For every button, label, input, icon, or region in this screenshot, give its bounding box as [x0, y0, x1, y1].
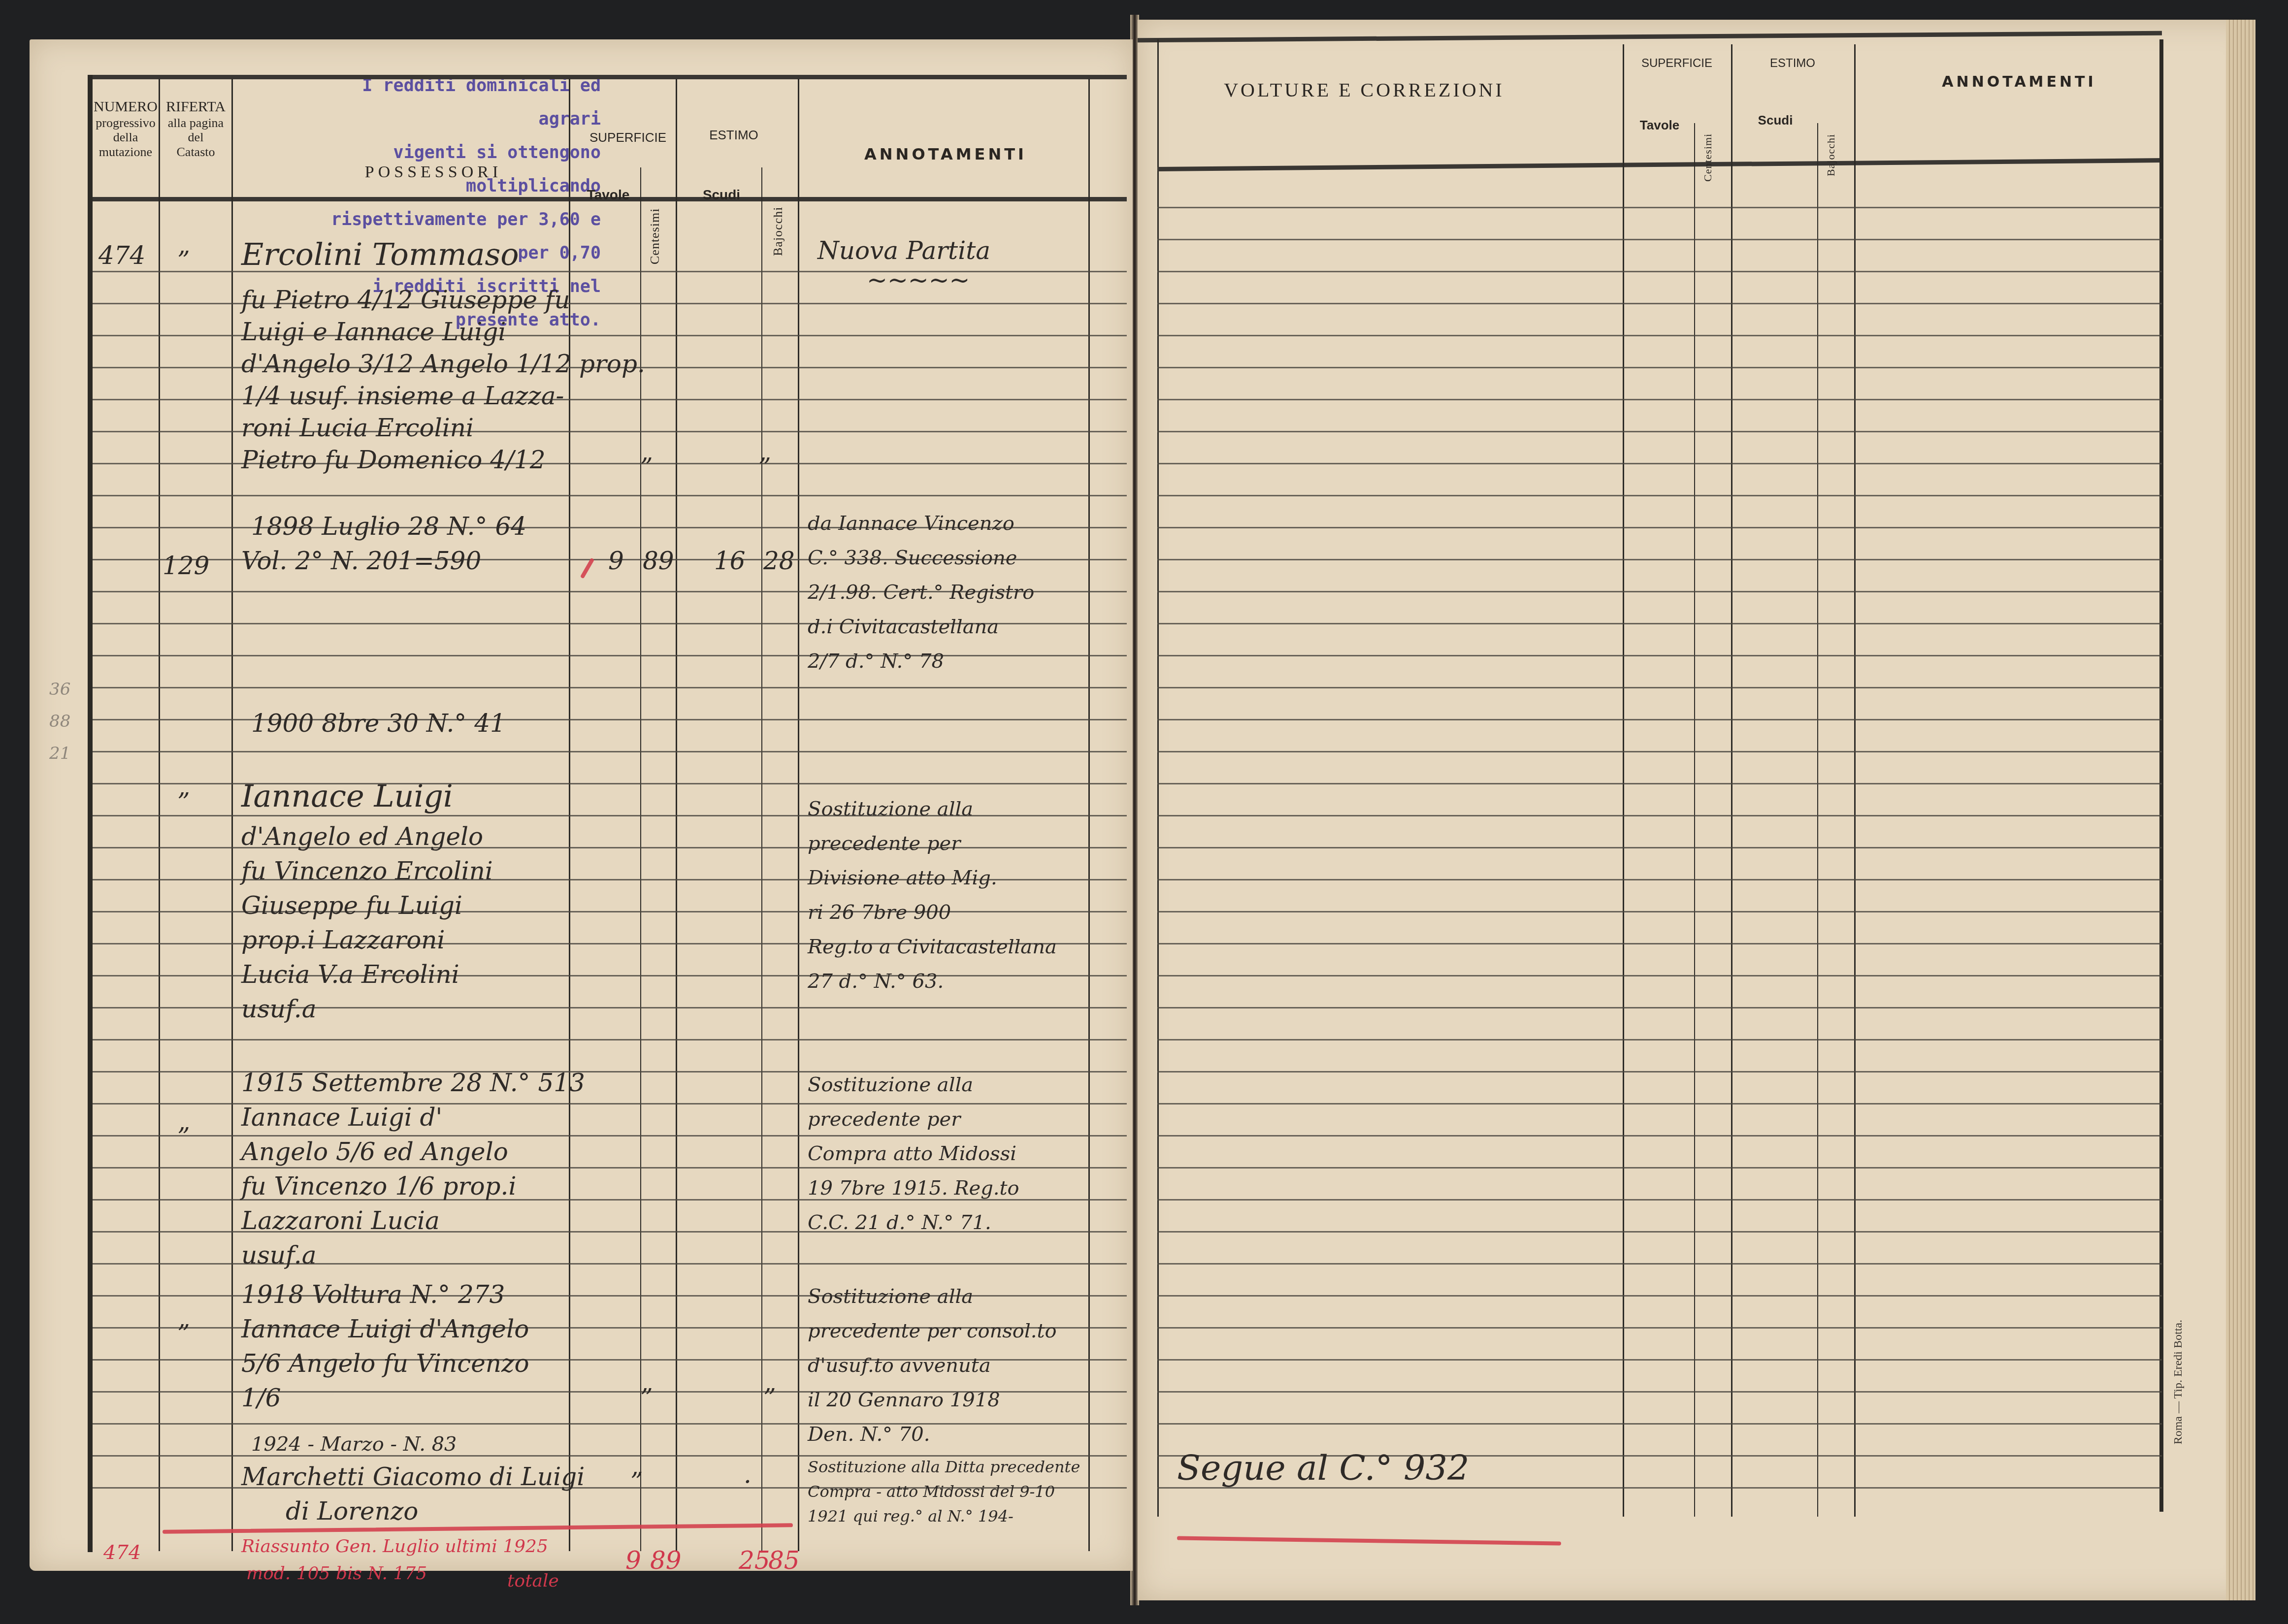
ruled-line	[1157, 1263, 2162, 1265]
entry-annotamento-line: d'usuf.to avvenuta	[808, 1354, 991, 1377]
total-centesimi: 89	[650, 1546, 682, 1575]
entry-possessore-line: d'Angelo ed Angelo	[241, 822, 483, 851]
total-scudi: 25	[739, 1546, 770, 1575]
right-page: VOLTURE E CORREZIONI SUPERFICIE Tavole C…	[1138, 20, 2255, 1600]
entry-annotamento-line: Sostituzione alla	[808, 1073, 973, 1096]
total-tavole: 9	[625, 1546, 641, 1575]
ruled-line	[93, 495, 1127, 496]
header-volture: VOLTURE E CORREZIONI	[1216, 79, 1512, 101]
entry-annotamento-line: 1921 qui reg.° al N.° 194-	[808, 1507, 1013, 1526]
ruled-line	[1157, 879, 2162, 880]
header-top-rule	[88, 75, 1127, 79]
header-centesimi: Centesimi	[648, 182, 662, 291]
ruled-line	[1157, 271, 2162, 272]
ruled-line	[1157, 623, 2162, 624]
entry-tavole: 9	[608, 547, 624, 575]
header-scudi: Scudi	[685, 187, 758, 203]
ruled-line	[1157, 655, 2162, 656]
right-border	[2159, 39, 2163, 1512]
header-bajocchi: Bajocchi	[771, 182, 785, 281]
ruled-line	[93, 1423, 1127, 1425]
entry-annotamento-line: d.i Civitacastellana	[808, 616, 999, 638]
entry-scudi: 16	[714, 547, 746, 575]
ruled-line	[1157, 527, 2162, 528]
entry-possessore-line: Lazzaroni Lucia	[241, 1206, 440, 1235]
margin-note: 21	[49, 744, 70, 763]
entry-tavole: ”	[640, 453, 653, 482]
header-superficie: SUPERFICIE	[1625, 57, 1729, 70]
entry-tavole: ”	[640, 1384, 653, 1412]
entry-possessore-line: 1915 Settembre 28 N.° 513	[241, 1069, 585, 1097]
ruled-line	[1157, 1359, 2162, 1361]
entry-annotamento-line: Den. N.° 70.	[808, 1423, 930, 1446]
header-numero: NUMERO progressivo della mutazione	[93, 98, 159, 160]
ruled-line	[1157, 1167, 2162, 1169]
ruled-line	[1157, 1135, 2162, 1137]
total-label: totale	[507, 1571, 559, 1591]
ruled-line	[93, 751, 1127, 752]
header-annotamenti: ANNOTAMENTI	[817, 145, 1074, 163]
entry-annotamento-line: Sostituzione alla	[808, 798, 973, 820]
ruled-line	[1157, 975, 2162, 976]
col-rule	[1694, 123, 1695, 1517]
entry-possessore-line: Ercolini Tommaso	[241, 236, 519, 272]
total-text-line: mod. 105 bis N. 175	[246, 1563, 427, 1584]
entry-possessore-line: fu Vincenzo 1/6 prop.i	[241, 1172, 516, 1201]
header-riferta: RIFERTA alla pagina del Catasto	[160, 98, 231, 160]
entry-possessore-line: 1/4 usuf. insieme a Lazza-	[241, 382, 564, 410]
entry-annotamento-line: C.C. 21 d.° N.° 71.	[808, 1211, 991, 1234]
ruled-line	[93, 1135, 1127, 1137]
ruled-line	[1157, 1231, 2162, 1233]
entry-annotamento-line: Divisione atto Mig.	[808, 867, 997, 889]
entry-annotamento-line: precedente per	[808, 832, 960, 855]
entry-numero: ”	[177, 1320, 190, 1348]
ruled-line	[1157, 751, 2162, 752]
header-superficie: SUPERFICIE	[581, 130, 675, 145]
entry-possessore-line: Marchetti Giacomo di Luigi	[241, 1462, 585, 1491]
entry-possessore-line: Iannace Luigi d'	[241, 1103, 442, 1132]
ruled-line	[1157, 399, 2162, 400]
left-border	[88, 75, 93, 1552]
header-tavole: Tavole	[1628, 118, 1692, 133]
entry-possessore-line: di Lorenzo	[286, 1497, 418, 1526]
entry-annotamento-line: C.° 338. Successione	[808, 547, 1017, 569]
entry-possessore-line: 1/6	[241, 1384, 281, 1412]
entry-possessore-line: 1900 8bre 30 N.° 41	[251, 709, 506, 738]
ruled-line	[93, 1039, 1127, 1040]
entry-possessore-line: Luigi e Iannace Luigi	[241, 318, 506, 346]
entry-possessore-line: fu Pietro 4/12 Giuseppe fu	[241, 286, 570, 314]
entry-possessore-line: Lucia V.a Ercolini	[241, 960, 459, 989]
ruled-line	[1157, 1039, 2162, 1040]
ruled-line	[1157, 207, 2162, 208]
entry-riferta: ”	[177, 246, 190, 275]
entry-possessore-line: Pietro fu Domenico 4/12	[241, 446, 545, 474]
ruled-line	[1157, 1295, 2162, 1297]
entry-possessore-line: 1924 - Marzo - N. 83	[251, 1433, 457, 1456]
entry-possessore-line: Iannace Luigi	[241, 778, 453, 814]
entry-annotamento-line: ~~~~~	[867, 266, 970, 294]
red-tick-mark	[580, 558, 594, 579]
ruled-line	[1157, 1071, 2162, 1072]
ruled-line	[93, 1455, 1127, 1457]
entry-numero: 474	[98, 241, 145, 270]
ruled-line	[1157, 687, 2162, 688]
ruled-line	[1157, 559, 2162, 560]
header-centesimi: Centesimi	[1701, 113, 1714, 202]
header-annotamenti: ANNOTAMENTI	[1921, 74, 2118, 91]
entry-possessore-line: Giuseppe fu Luigi	[241, 891, 462, 920]
ruled-line	[1157, 1423, 2162, 1425]
ruled-line	[1157, 911, 2162, 912]
entry-possessore-line: usuf.a	[241, 1241, 317, 1269]
entry-numero: 129	[163, 552, 209, 580]
ruled-line	[93, 719, 1127, 720]
entry-bajocchi: 28	[763, 547, 795, 575]
entry-numero: ”	[177, 1123, 190, 1151]
entry-possessore-line: 1918 Voltura N.° 273	[241, 1280, 505, 1309]
entry-annotamento-line: 27 d.° N.° 63.	[808, 970, 944, 993]
header-bottom-rule	[1157, 158, 2162, 171]
entry-annotamento-line: il 20 Gennaro 1918	[808, 1389, 1000, 1411]
header-top-rule	[1138, 31, 2162, 43]
entry-annotamento-line: Compra atto Midossi	[808, 1142, 1016, 1165]
entry-tavole: ”	[630, 1467, 643, 1496]
entry-scudi: ”	[763, 1384, 776, 1412]
entry-possessore-line: Angelo 5/6 ed Angelo	[241, 1137, 508, 1166]
total-text-line: Riassunto Gen. Luglio ultimi 1925	[241, 1536, 548, 1557]
entry-annotamento-line: 2/1.98. Cert.° Registro	[808, 581, 1034, 604]
entry-possessore-line: prop.i Lazzaroni	[241, 926, 445, 954]
ruled-line	[93, 1167, 1127, 1169]
entry-annotamento-line: precedente per consol.to	[808, 1320, 1057, 1342]
ruled-line	[1157, 815, 2162, 816]
total-bajocchi: 85	[768, 1546, 800, 1575]
col-rule	[1817, 123, 1818, 1517]
header-tavole: Tavole	[581, 187, 635, 203]
ruled-line	[1157, 1103, 2162, 1104]
entry-centesimi: 89	[643, 547, 674, 575]
entry-scudi: ”	[758, 453, 771, 482]
entry-annotamento-line: 2/7 d.° N.° 78	[808, 650, 944, 673]
ruled-line	[1157, 1391, 2162, 1393]
header-scudi: Scudi	[1738, 113, 1812, 128]
ruled-line	[1157, 1007, 2162, 1008]
header-estimo: ESTIMO	[1736, 57, 1849, 70]
entry-possessore-line: d'Angelo 3/12 Angelo 1/12 prop.	[241, 350, 645, 378]
entry-annotamento-line: Sostituzione alla	[808, 1285, 973, 1308]
entry-annotamento-line: Reg.to a Civitacastellana	[808, 936, 1057, 958]
entry-possessore-line: roni Lucia Ercolini	[241, 414, 474, 442]
entry-possessore-line: fu Vincenzo Ercolini	[241, 857, 493, 885]
entry-annotamento-line: precedente per	[808, 1108, 960, 1131]
entry-annotamento-line: 19 7bre 1915. Reg.to	[808, 1177, 1019, 1200]
red-closing-line	[163, 1523, 793, 1533]
total-numero: 474	[103, 1541, 141, 1564]
ruled-line	[1157, 463, 2162, 464]
header-possessori: POSSESSORI	[335, 162, 532, 182]
ruled-line	[1157, 431, 2162, 432]
printer-imprint: Roma — Tip. Eredi Botta.	[2172, 1320, 2185, 1444]
ruled-line	[1157, 239, 2162, 240]
ruled-line	[1157, 495, 2162, 496]
ruled-line	[1157, 591, 2162, 592]
entry-possessore-line: 5/6 Angelo fu Vincenzo	[241, 1349, 529, 1378]
ruled-line	[1157, 1199, 2162, 1201]
entry-annotamento-line: ri 26 7bre 900	[808, 901, 951, 924]
entry-annotamento-line: da Iannace Vincenzo	[808, 512, 1014, 535]
continuation-note: Segue al C.° 932	[1177, 1448, 1470, 1488]
ruled-line	[1157, 783, 2162, 784]
entry-possessore-line: usuf.a	[241, 995, 317, 1023]
margin-note: 88	[49, 712, 70, 731]
ruled-line	[1157, 719, 2162, 720]
header-estimo: ESTIMO	[685, 128, 783, 143]
ruled-line	[1157, 1327, 2162, 1329]
header-bajocchi: Bajocchi	[1825, 113, 1837, 197]
entry-numero: ”	[177, 788, 190, 816]
entry-possessore-line: Vol. 2° N. 201=590	[241, 547, 481, 575]
margin-note: 36	[49, 680, 70, 699]
ruled-line	[1157, 335, 2162, 336]
left-page: I redditi dominicali ed agrari vigenti s…	[30, 39, 1133, 1571]
red-closing-line	[1177, 1536, 1561, 1546]
entry-annotamento-line: Nuova Partita	[817, 236, 990, 265]
entry-scudi: ·	[744, 1467, 752, 1496]
ruled-line	[1157, 847, 2162, 848]
ruled-line	[93, 687, 1127, 688]
ruled-line	[1157, 303, 2162, 304]
ruled-line	[93, 655, 1127, 656]
entry-annotamento-line: Compra - atto Midossi del 9-10	[808, 1482, 1055, 1501]
entry-possessore-line: Iannace Luigi d'Angelo	[241, 1315, 529, 1343]
entry-possessore-line: 1898 Luglio 28 N.° 64	[251, 512, 526, 541]
ruled-line	[1157, 943, 2162, 944]
ruled-line	[1157, 367, 2162, 368]
entry-annotamento-line: Sostituzione alla Ditta precedente	[808, 1458, 1080, 1476]
page-edges	[2226, 20, 2255, 1600]
col-rule	[761, 167, 762, 1551]
